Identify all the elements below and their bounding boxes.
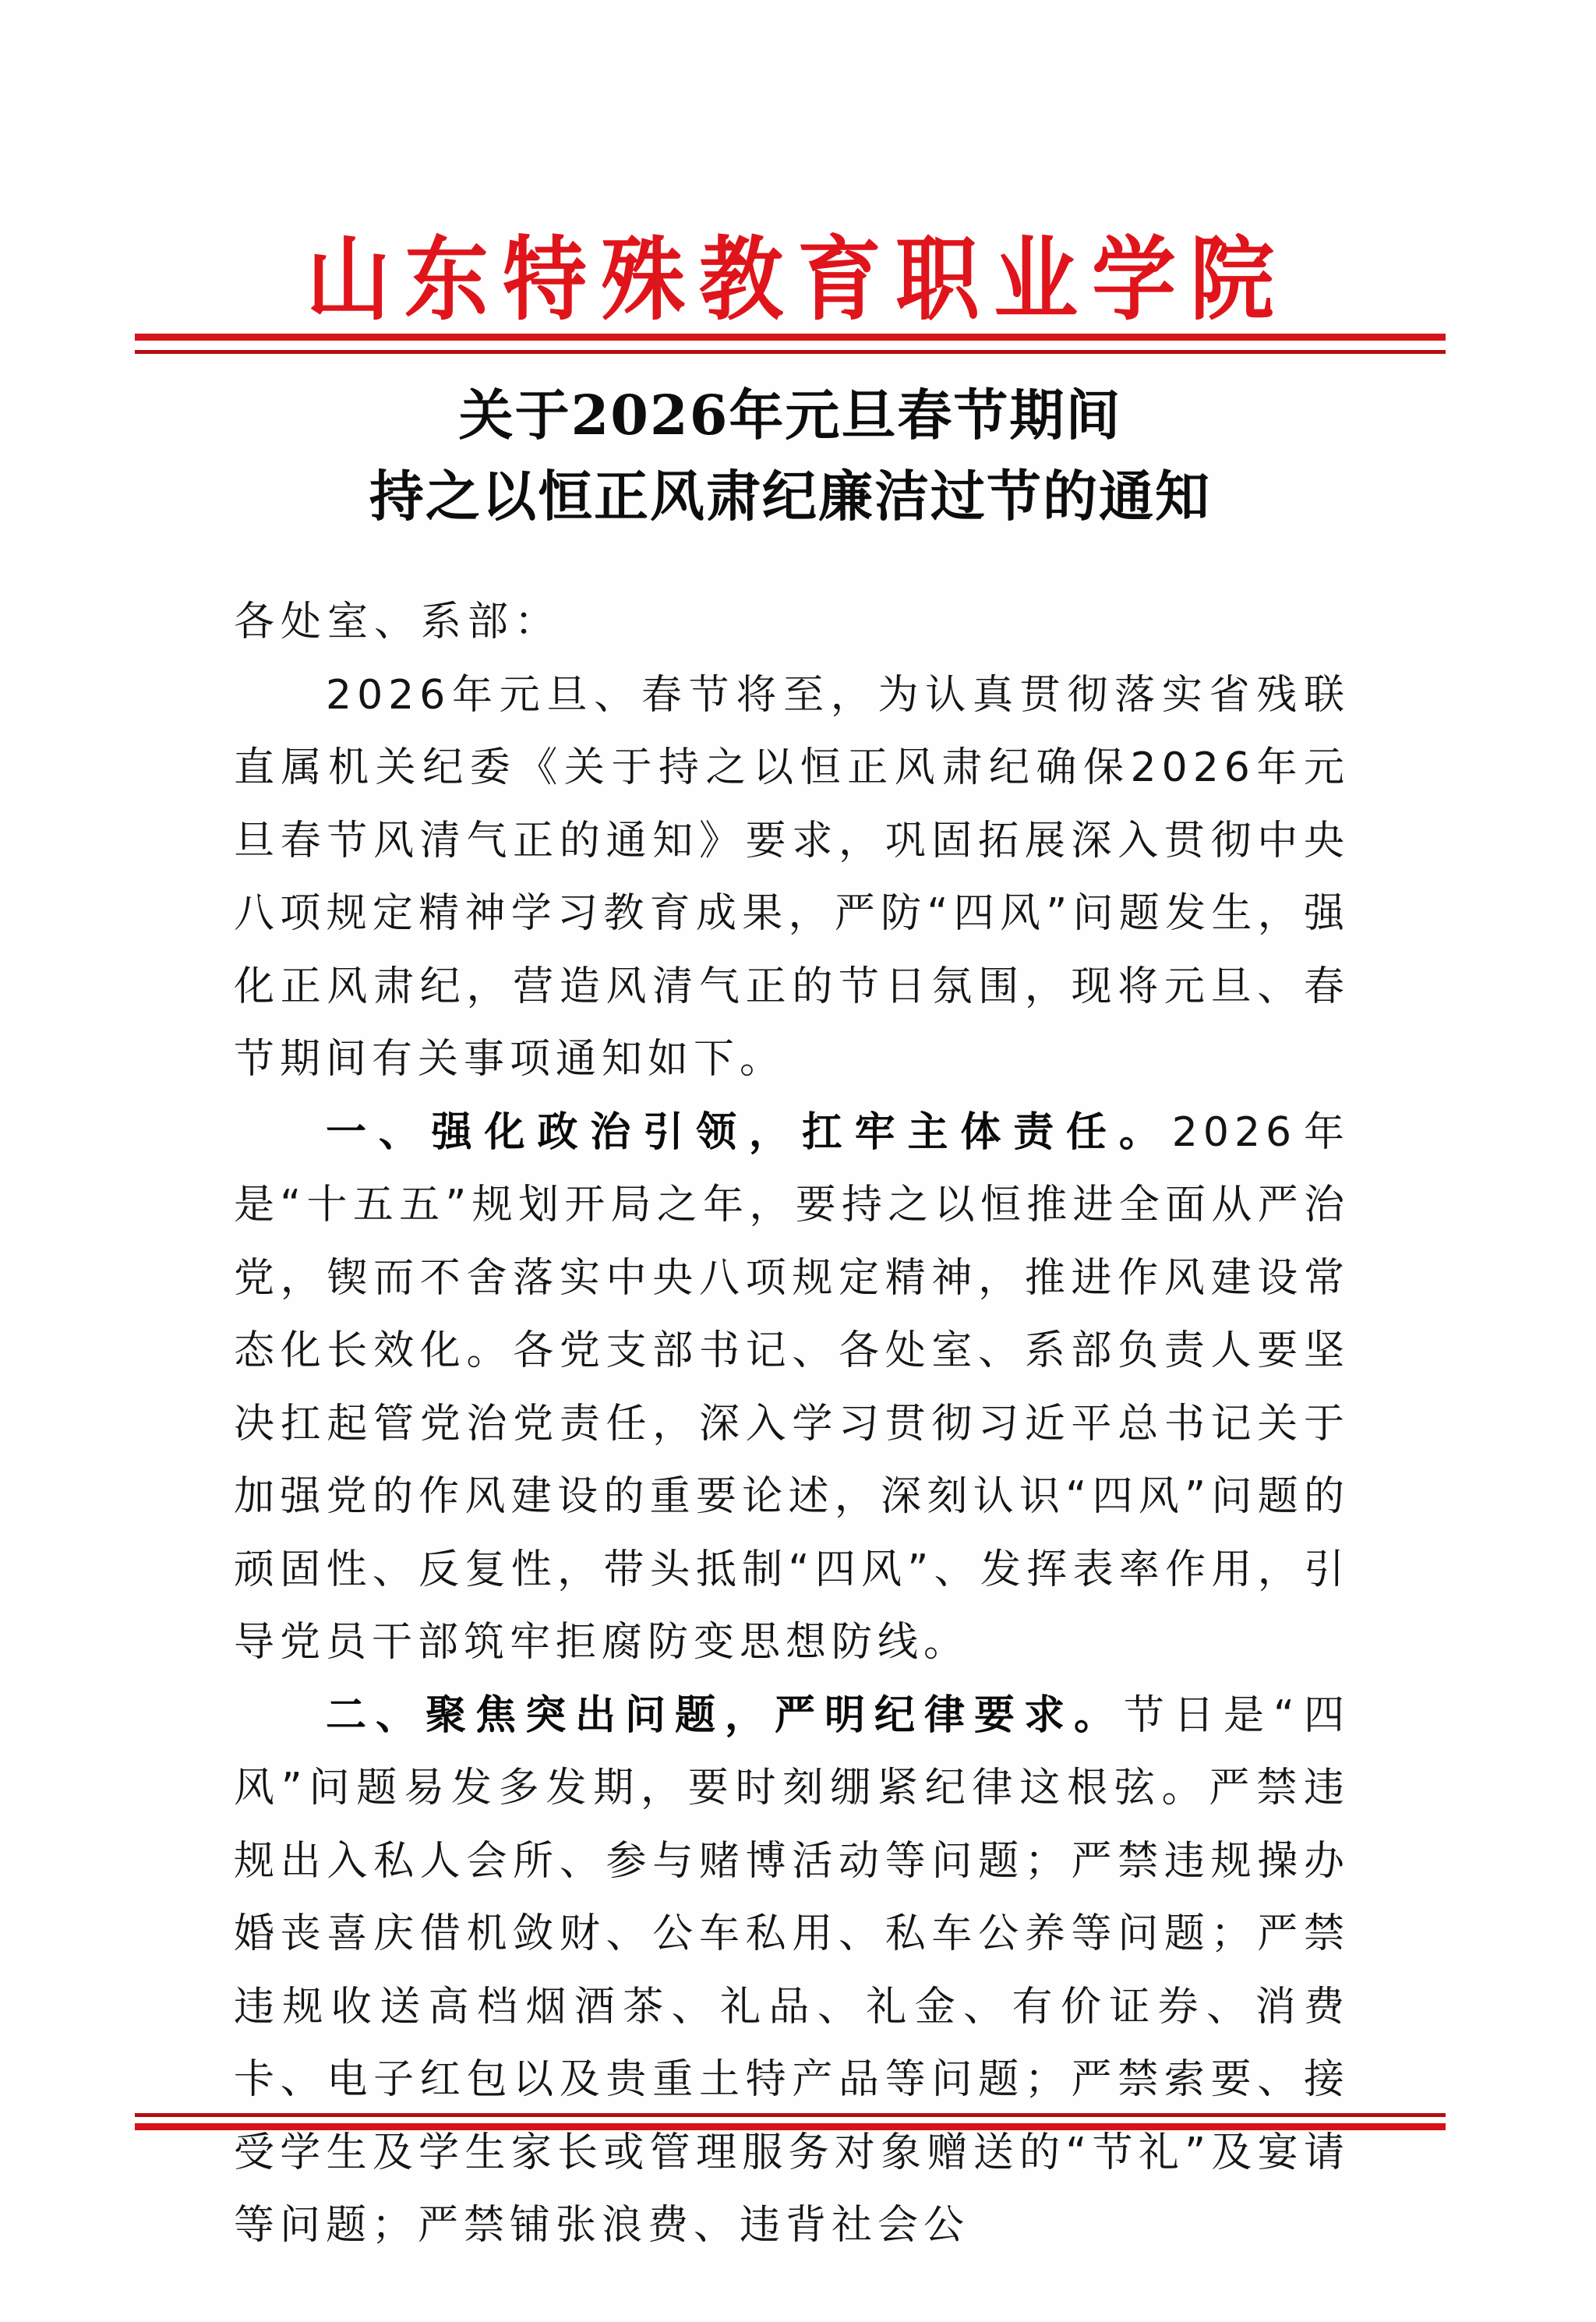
header-rule-thick xyxy=(135,334,1446,341)
section-1-text: 2026年是“十五五”规划开局之年，要持之以恒推进全面从严治党，锲而不舍落实中央… xyxy=(234,1109,1350,1666)
paragraph-section-1: 一、强化政治引领，扛牢主体责任。2026年是“十五五”规划开局之年，要持之以恒推… xyxy=(234,1097,1350,1680)
institution-masthead: 山东特殊教育职业学院 xyxy=(135,230,1446,331)
salutation: 各处室、系部： xyxy=(234,586,1350,659)
document-body: 各处室、系部： 2026年元旦、春节将至，为认真贯彻落实省残联直属机关纪委《关于… xyxy=(234,586,1350,2263)
footer-rule-thick xyxy=(135,2123,1446,2130)
paragraph-intro: 2026年元旦、春节将至，为认真贯彻落实省残联直属机关纪委《关于持之以恒正风肃纪… xyxy=(234,659,1350,1097)
paragraph-section-2: 二、聚焦突出问题，严明纪律要求。节日是“四风”问题易发多发期，要时刻绷紧纪律这根… xyxy=(234,1680,1350,2263)
paragraph-text: 2026年元旦、春节将至，为认真贯彻落实省残联直属机关纪委《关于持之以恒正风肃纪… xyxy=(234,672,1350,1083)
header-rule-thin xyxy=(135,350,1446,354)
document-title-line-2: 持之以恒正风肃纪廉洁过节的通知 xyxy=(135,461,1446,532)
footer-rule-thin xyxy=(135,2113,1446,2117)
document-page: 山东特殊教育职业学院 关于2026年元旦春节期间 持之以恒正风肃纪廉洁过节的通知… xyxy=(0,0,1596,2322)
section-2-text: 节日是“四风”问题易发多发期，要时刻绷紧纪律这根弦。严禁违规出入私人会所、参与赌… xyxy=(234,1692,1350,2250)
document-title-line-1: 关于2026年元旦春节期间 xyxy=(135,380,1446,451)
section-2-heading: 二、聚焦突出问题，严明纪律要求。 xyxy=(326,1692,1124,1739)
section-1-heading: 一、强化政治引领，扛牢主体责任。 xyxy=(326,1109,1172,1156)
